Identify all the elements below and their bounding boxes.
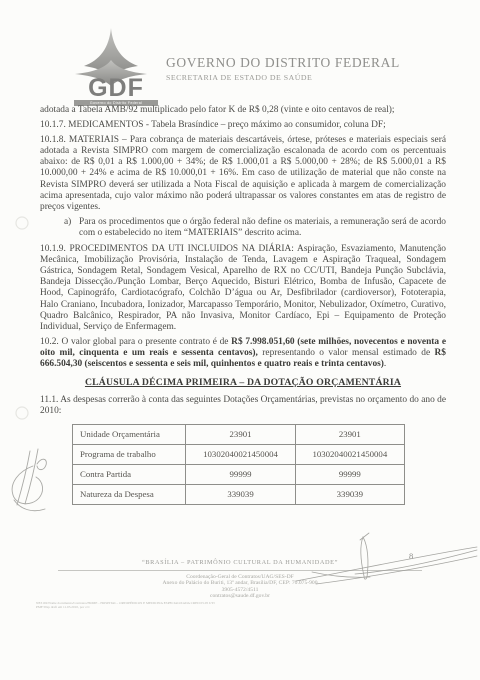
footer-divider — [58, 570, 422, 571]
hole-punch-icon — [16, 217, 28, 229]
document-reference: NE3102/Nome documento/Contratos/HOME - H… — [36, 601, 256, 609]
table-cell-value: 23901 — [186, 425, 295, 445]
list-item-a: a) Para os procedimentos que o órgão fed… — [64, 217, 446, 239]
paragraph-10-1-8: 10.1.8. MATERIAIS – Para cobrança de mat… — [40, 135, 446, 213]
hole-punch-icon — [16, 407, 28, 419]
footer-email: contratos@saude.df.gov.br — [0, 593, 480, 599]
table-cell-value: 339039 — [295, 485, 404, 505]
gdf-logo-acronym: GDF — [70, 76, 162, 101]
paragraph-continuation: adotada a Tabela AMB/92 multiplicado pel… — [40, 105, 446, 116]
list-item-a-text: Para os procedimentos que o órgão federa… — [79, 217, 446, 239]
paragraph-10-1-9: 10.1.9. PROCEDIMENTOS DA UTI INCLUIDOS N… — [40, 244, 446, 333]
table-cell-label: Natureza da Despesa — [73, 485, 186, 505]
table-cell-value: 23901 — [295, 425, 404, 445]
table-cell-label: Unidade Orçamentária — [73, 425, 186, 445]
list-item-a-marker: a) — [64, 217, 79, 239]
footer-slogan: “BRASÍLIA – PATRIMÔNIO CULTURAL DA HUMAN… — [0, 559, 480, 566]
table-row: Contra Partida 99999 99999 — [73, 465, 405, 485]
p10-2-suffix: . — [384, 359, 386, 369]
org-name: GOVERNO DO DISTRITO FEDERAL — [166, 55, 400, 71]
p10-2-middle: representando o valor mensal estimado de — [258, 348, 435, 358]
p10-2-prefix: 10.2. O valor global para o presente con… — [40, 337, 231, 347]
paragraph-10-2: 10.2. O valor global para o presente con… — [40, 337, 446, 370]
table-row: Natureza da Despesa 339039 339039 — [73, 485, 405, 505]
budget-table: Unidade Orçamentária 23901 23901 Program… — [72, 424, 405, 505]
hole-punch-marks — [16, 217, 28, 419]
page-number: 8 — [409, 551, 413, 561]
contract-body: adotada a Tabela AMB/92 multiplicado pel… — [40, 105, 446, 505]
table-cell-label: Programa de trabalho — [73, 445, 186, 465]
table-cell-value: 10302040021450004 — [295, 445, 404, 465]
table-cell-value: 99999 — [295, 465, 404, 485]
table-cell-value: 339039 — [186, 485, 295, 505]
table-row: Programa de trabalho 10302040021450004 1… — [73, 445, 405, 465]
table-cell-label: Contra Partida — [73, 465, 186, 485]
footer-address-block: Coordenação-Geral de Contratos/UAG/SES-D… — [0, 574, 480, 600]
table-cell-value: 10302040021450004 — [186, 445, 295, 465]
dept-name: SECRETARIA DE ESTADO DE SAÚDE — [166, 73, 312, 82]
document-reference-line2: PMF/Wap draft em 11.03.2010, por ccv — [36, 605, 256, 609]
table-cell-value: 99999 — [186, 465, 295, 485]
clause-heading: CLÁUSULA DÉCIMA PRIMEIRA – DA DOTAÇÃO OR… — [40, 377, 446, 388]
table-row: Unidade Orçamentária 23901 23901 — [73, 425, 405, 445]
paragraph-11-1: 11.1. As despesas correrão à conta das s… — [40, 395, 446, 417]
scanned-contract-page: GDF Governo do Distrito Federal GOVERNO … — [0, 0, 480, 680]
paragraph-10-1-7: 10.1.7. MEDICAMENTOS - Tabela Brasíndice… — [40, 120, 446, 131]
